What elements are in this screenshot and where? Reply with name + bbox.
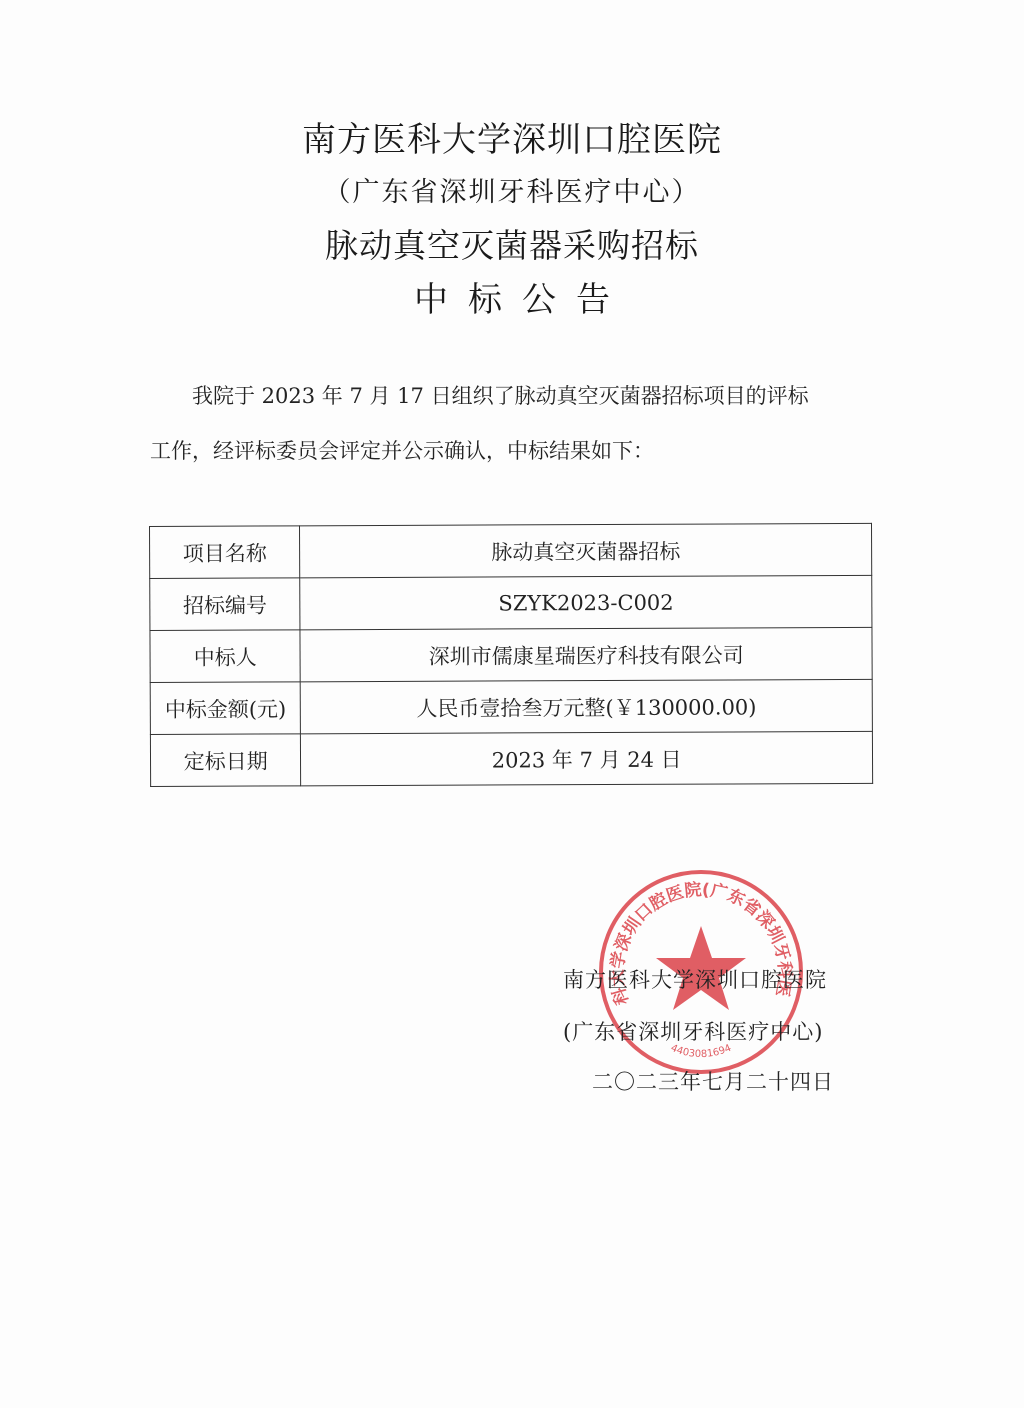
table-row: 招标编号 SZYK2023-C002 [150, 575, 872, 630]
row-label: 中标人 [150, 630, 301, 683]
hospital-alias: （广东省深圳牙科医疗中心） [0, 170, 1024, 209]
row-label: 项目名称 [150, 526, 301, 579]
row-label: 中标金额(元) [150, 682, 301, 735]
row-label: 招标编号 [150, 578, 301, 631]
project-title: 脉动真空灭菌器采购招标 [0, 220, 1024, 267]
signature-date: 二〇二三年七月二十四日 [592, 1066, 834, 1096]
hospital-name: 南方医科大学深圳口腔医院 [0, 112, 1024, 161]
row-value: 深圳市儒康星瑞医疗科技有限公司 [300, 627, 872, 681]
notice-title: 中标公告 [0, 272, 1024, 321]
table-row: 中标人 深圳市儒康星瑞医疗科技有限公司 [150, 627, 872, 682]
intro-paragraph-line2: 工作，经评标委员会评定并公示确认，中标结果如下： [150, 439, 654, 463]
table-row: 定标日期 2023 年 7 月 24 日 [150, 731, 872, 786]
row-value: 脉动真空灭菌器招标 [300, 523, 872, 577]
row-value: 2023 年 7 月 24 日 [301, 731, 873, 785]
signature-org-alias: (广东省深圳牙科医疗中心) [563, 1016, 823, 1046]
row-label: 定标日期 [150, 734, 301, 787]
bid-result-table: 项目名称 脉动真空灭菌器招标 招标编号 SZYK2023-C002 中标人 深圳… [149, 523, 873, 787]
intro-paragraph-line1: 我院于 2023 年 7 月 17 日组织了脉动真空灭菌器招标项目的评标 [192, 384, 809, 408]
row-value: SZYK2023-C002 [300, 575, 872, 629]
row-value: 人民币壹拾叁万元整(￥130000.00) [301, 679, 873, 733]
signature-org-name: 南方医科大学深圳口腔医院 [563, 964, 827, 994]
table-row: 项目名称 脉动真空灭菌器招标 [150, 523, 872, 578]
table-row: 中标金额(元) 人民币壹拾叁万元整(￥130000.00) [150, 679, 872, 734]
